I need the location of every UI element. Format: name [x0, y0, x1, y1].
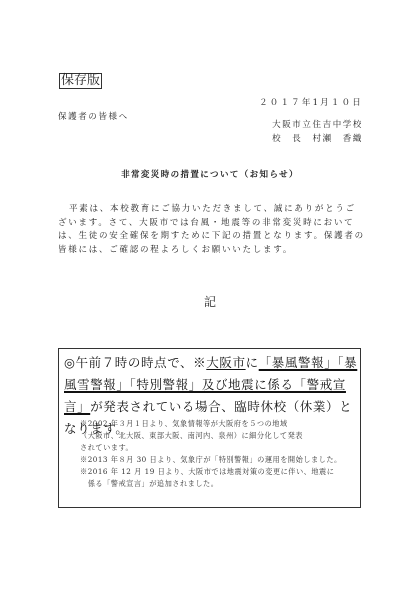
note-line: ※2013 年８月 30 日より、気象庁が「特別警報」の運用を開始しました。: [80, 454, 360, 466]
school-name: 大阪市立住吉中学校: [272, 118, 363, 130]
document-title: 非常変災時の措置について（お知らせ）: [0, 168, 420, 180]
notice-particle: に: [246, 355, 259, 370]
notes-list: ※2002 年３月１日より、気象情報等が大阪府を５つの地域 （大阪市、北大阪、東…: [80, 418, 360, 490]
addressee: 保護者の皆様へ: [58, 110, 129, 122]
archive-stamp: 保存版: [59, 73, 102, 89]
document-date: ２０１７年1月１０日: [259, 96, 363, 108]
note-line: ※2016 年 12 月 19 日より、大阪市では地震対策の変更に伴い、地震に: [80, 466, 360, 478]
note-line: 係る「警戒宣言」が追加されました。: [80, 478, 360, 490]
note-line: されています。: [80, 442, 360, 454]
note-line: ※2002 年３月１日より、気象情報等が大阪府を５つの地域: [80, 418, 360, 430]
notice-region: 大阪市: [206, 355, 245, 370]
notice-prefix: ◎午前７時の時点で、: [64, 355, 193, 370]
principal-name: 校 長 村瀬 香織: [272, 132, 363, 144]
body-paragraph: 平素は、本校教育にご協力いただきまして、誠にありがとうございます。さて、大阪市で…: [58, 203, 366, 257]
note-line: （大阪市、北大阪、東部大阪、南河内、泉州）に細分化して発表: [80, 430, 360, 442]
ki-heading: 記: [0, 293, 420, 310]
region-mark: ※: [193, 355, 206, 370]
